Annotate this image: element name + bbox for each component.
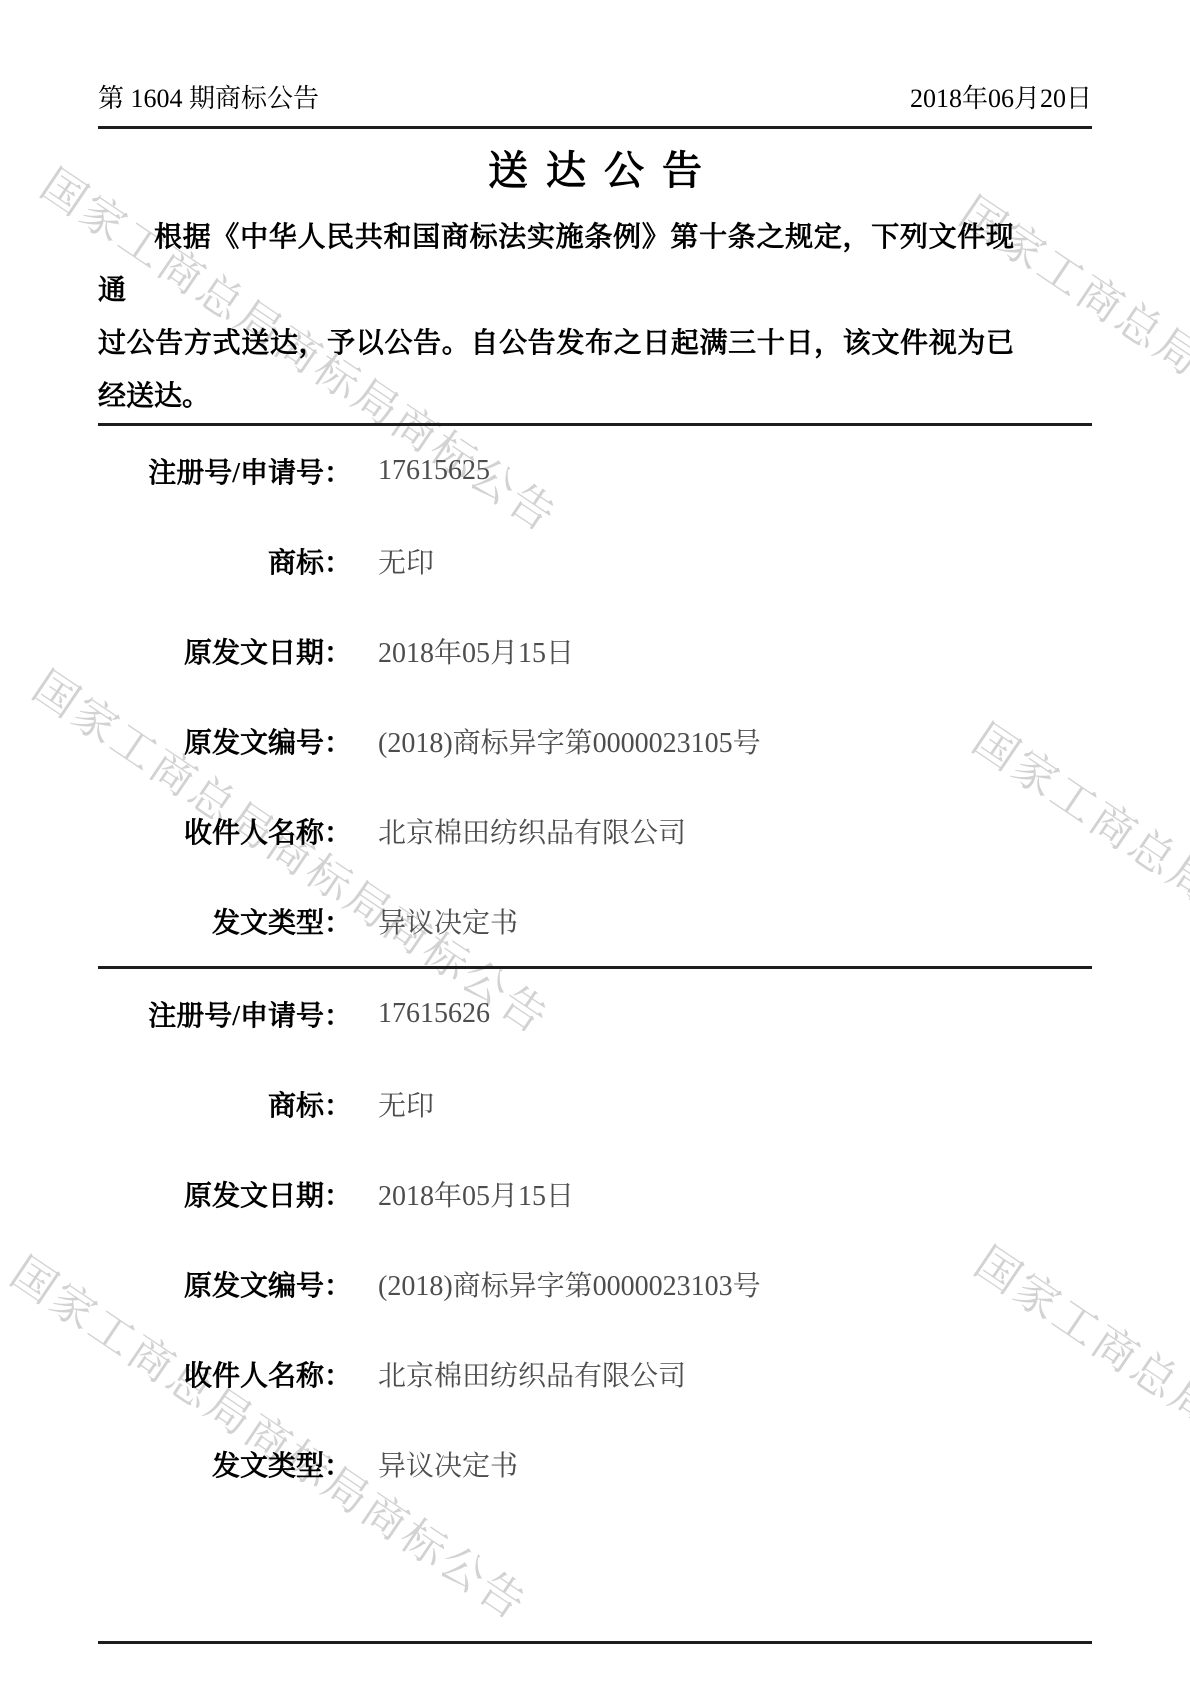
notice-title: 送 达 公 告 xyxy=(98,145,1092,197)
field-label: 发文类型： xyxy=(98,901,352,941)
field-row: 商标：无印 xyxy=(98,516,1092,606)
field-label: 收件人名称： xyxy=(98,811,352,851)
field-value: 北京棉田纺织品有限公司 xyxy=(378,811,686,851)
field-value: 17615625 xyxy=(378,455,490,487)
field-value: 北京棉田纺织品有限公司 xyxy=(378,1354,686,1394)
issue-number: 第 1604 期商标公告 xyxy=(98,82,319,116)
issue-date: 2018年06月20日 xyxy=(910,82,1092,116)
field-value: 异议决定书 xyxy=(378,1444,518,1484)
field-row: 注册号/申请号：17615626 xyxy=(98,969,1092,1059)
page-header: 第 1604 期商标公告 2018年06月20日 xyxy=(98,82,1092,116)
field-row: 发文类型：异议决定书 xyxy=(98,876,1092,966)
field-label: 注册号/申请号： xyxy=(98,451,352,491)
field-row: 注册号/申请号：17615625 xyxy=(98,426,1092,516)
gazette-page: 第 1604 期商标公告 2018年06月20日 送 达 公 告 根据《中华人民… xyxy=(0,82,1190,1644)
field-value: (2018)商标异字第0000023105号 xyxy=(378,721,761,761)
field-row: 原发文日期：2018年05月15日 xyxy=(98,1149,1092,1239)
field-value: 17615626 xyxy=(378,998,490,1030)
field-label: 原发文日期： xyxy=(98,1174,352,1214)
field-row: 原发文编号：(2018)商标异字第0000023105号 xyxy=(98,696,1092,786)
field-value: 无印 xyxy=(378,1084,434,1124)
intro-line: 根据《中华人民共和国商标法实施条例》第十条之规定，下列文件现通 xyxy=(98,211,1014,317)
intro-line: 过公告方式送达，予以公告。自公告发布之日起满三十日，该文件视为已 xyxy=(98,317,1014,370)
field-label: 原发文日期： xyxy=(98,631,352,671)
field-label: 发文类型： xyxy=(98,1444,352,1484)
field-label: 商标： xyxy=(98,1084,352,1124)
field-value: (2018)商标异字第0000023103号 xyxy=(378,1264,761,1304)
record-section: 注册号/申请号：17615626商标：无印原发文日期：2018年05月15日原发… xyxy=(98,966,1092,1509)
records-container: 注册号/申请号：17615625商标：无印原发文日期：2018年05月15日原发… xyxy=(98,423,1092,1509)
field-row: 收件人名称：北京棉田纺织品有限公司 xyxy=(98,786,1092,876)
bottom-rule xyxy=(98,1641,1092,1644)
field-row: 商标：无印 xyxy=(98,1059,1092,1149)
field-label: 商标： xyxy=(98,541,352,581)
field-label: 注册号/申请号： xyxy=(98,994,352,1034)
field-row: 收件人名称：北京棉田纺织品有限公司 xyxy=(98,1329,1092,1419)
record-section: 注册号/申请号：17615625商标：无印原发文日期：2018年05月15日原发… xyxy=(98,423,1092,966)
intro-paragraph: 根据《中华人民共和国商标法实施条例》第十条之规定，下列文件现通过公告方式送达，予… xyxy=(98,211,1014,423)
header-rule xyxy=(98,126,1092,129)
field-value: 2018年05月15日 xyxy=(378,631,574,671)
field-value: 无印 xyxy=(378,541,434,581)
field-value: 异议决定书 xyxy=(378,901,518,941)
field-label: 原发文编号： xyxy=(98,721,352,761)
field-label: 收件人名称： xyxy=(98,1354,352,1394)
field-value: 2018年05月15日 xyxy=(378,1174,574,1214)
field-row: 原发文日期：2018年05月15日 xyxy=(98,606,1092,696)
field-row: 原发文编号：(2018)商标异字第0000023103号 xyxy=(98,1239,1092,1329)
field-row: 发文类型：异议决定书 xyxy=(98,1419,1092,1509)
field-label: 原发文编号： xyxy=(98,1264,352,1304)
intro-line: 经送达。 xyxy=(98,370,1014,423)
